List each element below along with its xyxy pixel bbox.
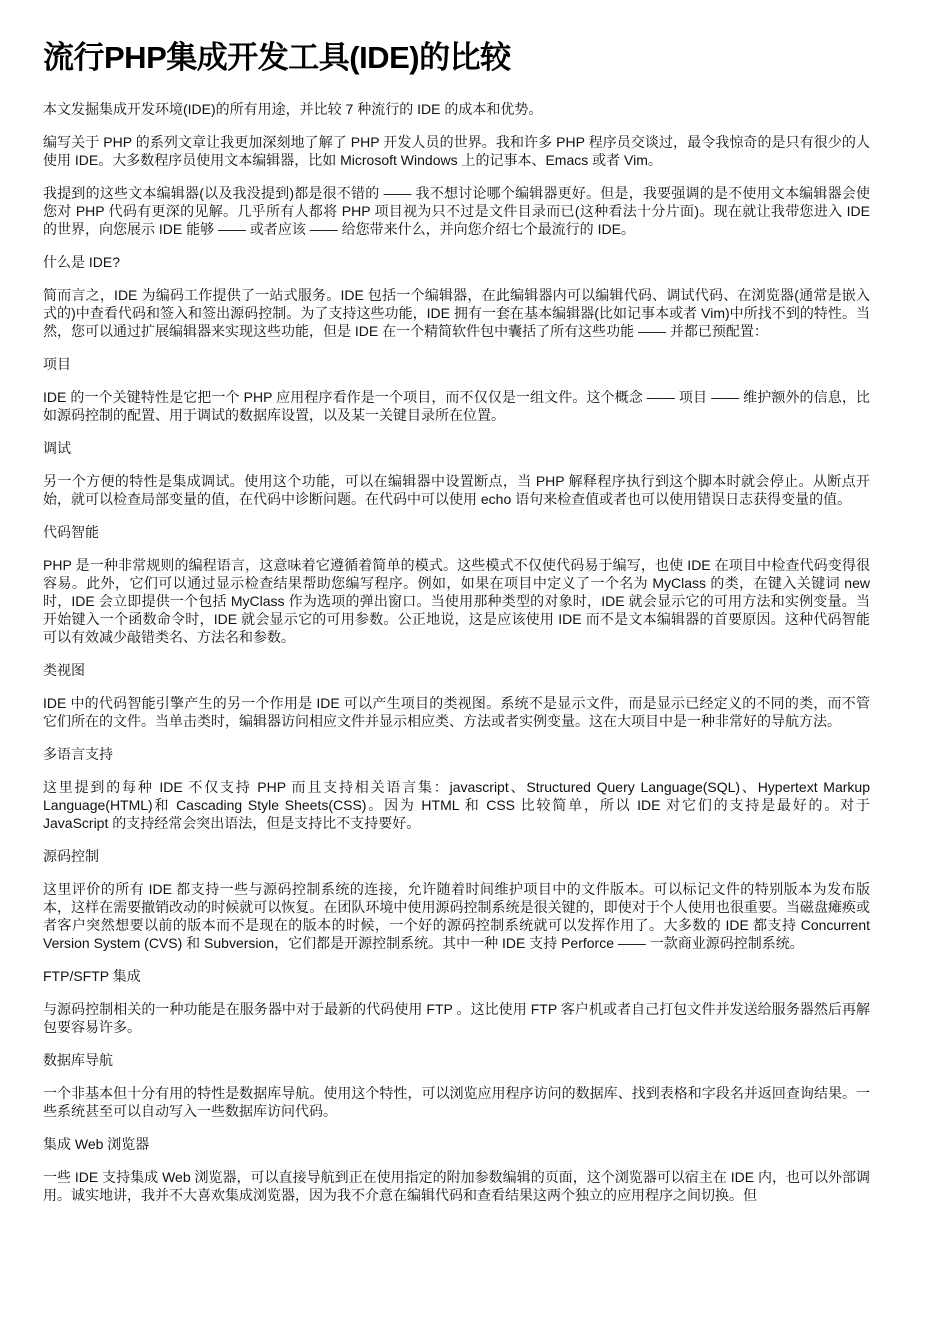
section-body: 一个非基本但十分有用的特性是数据库导航。使用这个特性，可以浏览应用程序访问的数据… bbox=[43, 1084, 870, 1120]
section-body: 这里评价的所有 IDE 都支持一些与源码控制系统的连接，允许随着时间维护项目中的… bbox=[43, 880, 870, 952]
section-body: 这里提到的每种 IDE 不仅支持 PHP 而且支持相关语言集：javascrip… bbox=[43, 778, 870, 832]
section-body: 简而言之，IDE 为编码工作提供了一站式服务。IDE 包括一个编辑器，在此编辑器… bbox=[43, 286, 870, 340]
paragraph: 我提到的这些文本编辑器(以及我没提到)都是很不错的 —— 我不想讨论哪个编辑器更… bbox=[43, 184, 870, 238]
section-body: 与源码控制相关的一种功能是在服务器中对于最新的代码使用 FTP 。这比使用 FT… bbox=[43, 1000, 870, 1036]
section-heading-what-is-ide: 什么是 IDE? bbox=[43, 253, 870, 271]
section-body: 另一个方便的特性是集成调试。使用这个功能，可以在编辑器中设置断点，当 PHP 解… bbox=[43, 472, 870, 508]
section-heading-multi-language: 多语言支持 bbox=[43, 745, 870, 763]
section-heading-class-view: 类视图 bbox=[43, 661, 870, 679]
page-title: 流行PHP集成开发工具(IDE)的比较 bbox=[43, 38, 870, 78]
section-body: PHP 是一种非常规则的编程语言，这意味着它遵循着简单的模式。这些模式不仅使代码… bbox=[43, 556, 870, 646]
section-heading-debugging: 调试 bbox=[43, 439, 870, 457]
section-body: IDE 的一个关键特性是它把一个 PHP 应用程序看作是一个项目，而不仅仅是一组… bbox=[43, 388, 870, 424]
section-heading-web-browser: 集成 Web 浏览器 bbox=[43, 1135, 870, 1153]
section-heading-database-navigation: 数据库导航 bbox=[43, 1051, 870, 1069]
article: 流行PHP集成开发工具(IDE)的比较 本文发掘集成开发环境(IDE)的所有用途… bbox=[0, 0, 950, 1204]
section-heading-project: 项目 bbox=[43, 355, 870, 373]
section-body: IDE 中的代码智能引擎产生的另一个作用是 IDE 可以产生项目的类视图。系统不… bbox=[43, 694, 870, 730]
section-heading-code-intelligence: 代码智能 bbox=[43, 523, 870, 541]
section-heading-ftp-sftp: FTP/SFTP 集成 bbox=[43, 967, 870, 985]
section-heading-source-control: 源码控制 bbox=[43, 847, 870, 865]
section-body: 一些 IDE 支持集成 Web 浏览器，可以直接导航到正在使用指定的附加参数编辑… bbox=[43, 1168, 870, 1204]
paragraph: 编写关于 PHP 的系列文章让我更加深刻地了解了 PHP 开发人员的世界。我和许… bbox=[43, 133, 870, 169]
intro-paragraph: 本文发掘集成开发环境(IDE)的所有用途，并比较 7 种流行的 IDE 的成本和… bbox=[43, 100, 870, 118]
